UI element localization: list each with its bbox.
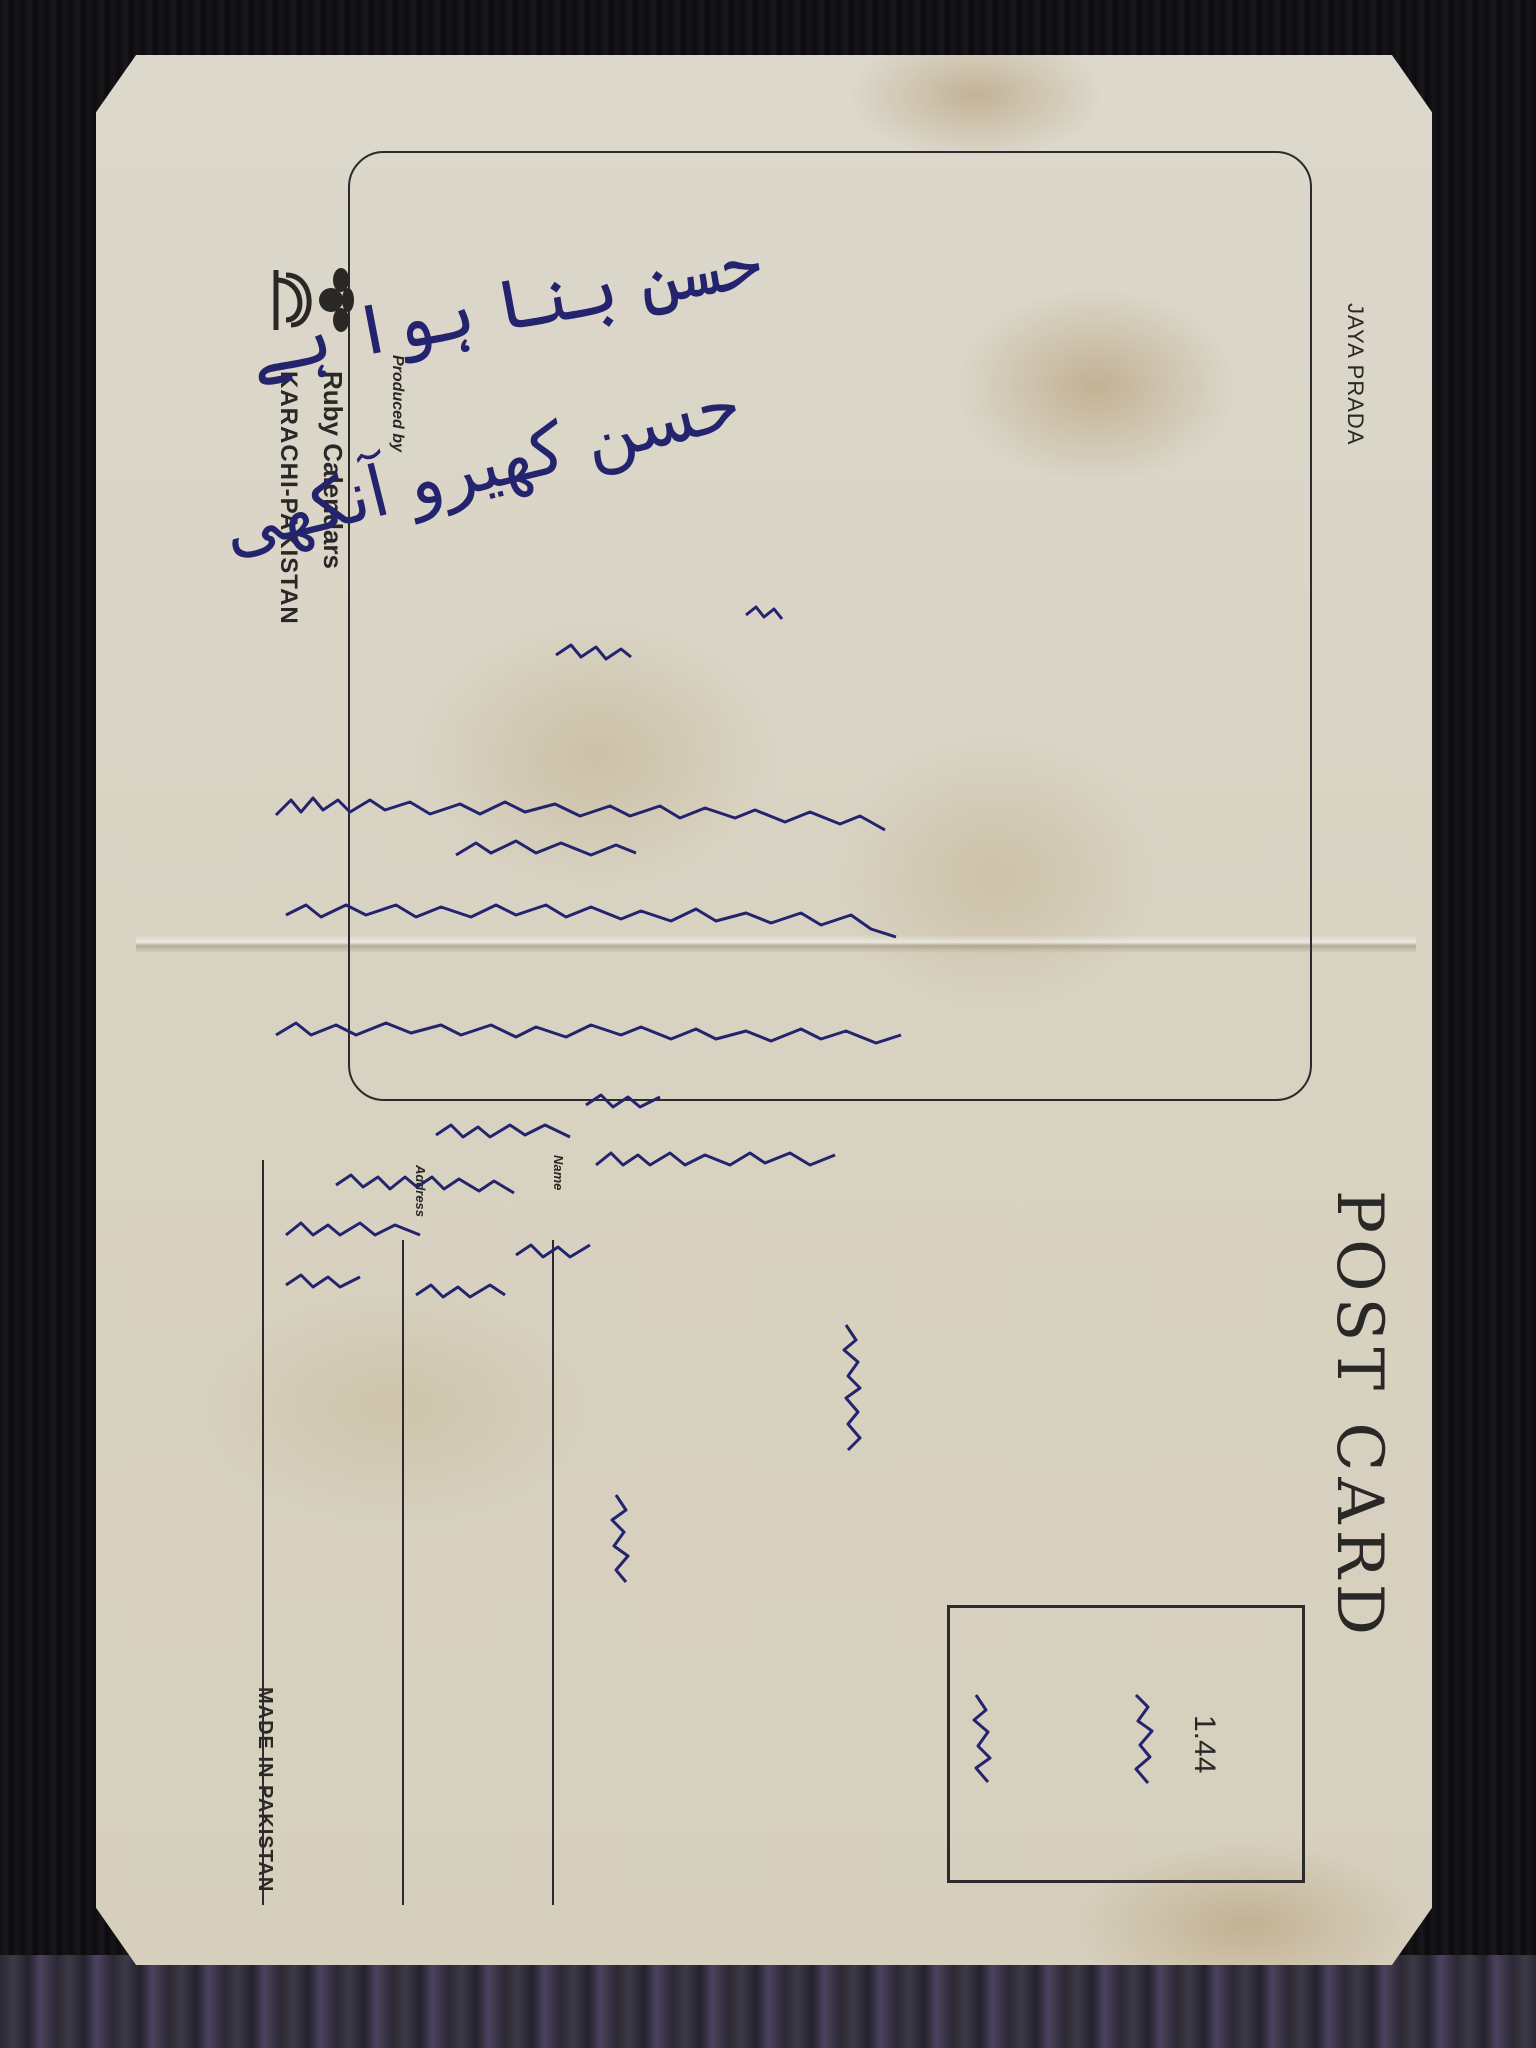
postcard: Produced by Ruby Calendars KARACHI-PAKIS… <box>96 55 1432 1965</box>
handwritten-scribbles <box>96 55 1432 1965</box>
background-fabric <box>0 1955 1536 2048</box>
